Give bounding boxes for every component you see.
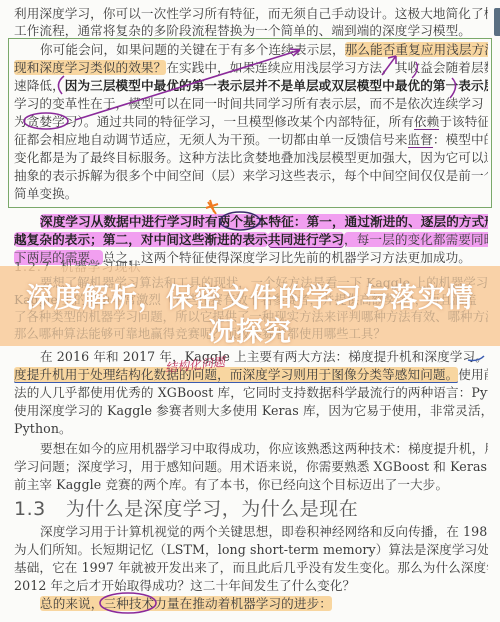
boxed-line-6: 征都会相应地自动调节适应，无须人为干预。一切都由单一反馈信号来监督：模型中的每一…	[14, 131, 488, 148]
highlight-orange-underlined: 度提升机用于处理结构化数据的问题，而深度学习则用于图像分类等感知问题。	[14, 367, 458, 383]
boxed-line-1: 你可能会问，如果问题的关键在于有多个连续表示层，那么能否重复应用浅层方法，以实	[14, 41, 488, 58]
boxed-line-7: 变化都是为了最终目标服务。这种方法比贪婪地叠加浅层模型更加强大，因为它可以通过将…	[14, 149, 488, 166]
kaggle-line-4: 使用深度学习的 Kaggle 参赛者则大多使用 Keras 库，因为它易于使用，…	[14, 402, 488, 419]
document-page: 利用深度学习，你可以一次性学习所有特征，而无须自己手动设计。这极大地简化了机器学…	[0, 0, 500, 622]
success-line-2: 学习问题；深度学习，用于感知问题。用术语来说，你需要熟悉 XGBoost 和 K…	[14, 458, 488, 475]
side-tab	[494, 8, 500, 36]
kaggle-line-3: 法的人几乎都使用优秀的 XGBoost 库，它同时支持数据科学最流行的两种语言：…	[14, 384, 488, 401]
pink-line-1: 深度学习从数据中进行学习时有两个基本特征：第一，通过渐进的、逐层的方式形成越来	[14, 213, 488, 230]
why-now-line-4: 2012 年之后才开始取得成功？这二十年间发生了什么变化？	[14, 577, 488, 594]
highlight-pink: 越复杂的表示；第二，对中间这些渐进的表示	[14, 232, 268, 247]
success-line-3: 前主宰 Kaggle 竞赛的两个库。有了本书，你已经向这个目标迈出了一大步。	[14, 476, 488, 493]
kaggle-line-1: 在 2016 年和 2017 年，Kaggle 上主要有两大方法：梯度提升机和深…	[14, 348, 488, 365]
intro-line-1: 利用深度学习，你可以一次性学习所有特征，而无须自己手动设计。这极大地简化了机器学…	[14, 5, 488, 22]
boxed-line-8: 抽象的表示拆解为很多个中间空间（层）来学习这些表示，每个中间空间仅仅是前一个空间…	[14, 167, 488, 184]
highlight-pink: 深度学习从数据中进行学习时有两个基本特征：第一，通过渐进的、逐层的方式形成越来	[40, 214, 488, 229]
kaggle-line-5: Python。	[14, 420, 488, 437]
banner-title-line-2: 况探究	[0, 310, 500, 349]
underlined-term: 监督	[408, 132, 433, 148]
why-now-line-5: 总的来说，三种技术力量在推动着机器学习的进步：	[14, 595, 488, 612]
underlined-term: 依赖	[414, 114, 439, 130]
highlight-pink: ，每一层的变化都需要同时考虑上	[344, 232, 488, 247]
success-line-1: 要想在如今的应用机器学习中取得成功，你应该熟悉这两种技术：梯度提升机，用于浅层	[14, 440, 488, 457]
highlight-pink-underlined: 共同进行学习	[268, 232, 344, 248]
bold-sentence: 因为三层模型中最优的第一表示层并不是单层或双层模型中最优的第一表示层。	[65, 78, 488, 93]
highlight-orange: 那么能否重复应用浅层方法，以实	[345, 42, 488, 57]
pink-line-2: 越复杂的表示；第二，对中间这些渐进的表示共同进行学习，每一层的变化都需要同时考虑…	[14, 231, 488, 248]
circled-term: 贪婪学习	[27, 114, 78, 129]
boxed-line-4: 学习的变革性在于，模型可以在同一时间共同学习所有表示层，而不是依次连续学习（这被…	[14, 95, 488, 112]
why-now-line-2: 为人们所知。长短期记忆（LSTM，long short-term memory）…	[14, 541, 488, 558]
intro-line-2: 工作流程，通常将复杂的多阶段流程替换为一个简单的、端到端的深度学习模型。	[14, 22, 488, 39]
why-now-line-1: 深度学习用于计算机视觉的两个关键思想，即卷积神经网络和反向传播，在 1989 年…	[14, 523, 488, 540]
boxed-line-3: 速降低，因为三层模型中最优的第一表示层并不是单层或双层模型中最优的第一表示层。深…	[14, 77, 488, 94]
boxed-line-9: 简单变换。	[14, 185, 488, 202]
kaggle-line-2: 度提升机用于处理结构化数据的问题，而深度学习则用于图像分类等感知问题。使用前一种…	[14, 366, 488, 383]
boxed-line-5: 为贪婪学习）。通过共同的特征学习，一旦模型修改某个内部特征，所有依赖于该特征的其…	[14, 113, 488, 130]
section-heading-1-3: 1.3为什么是深度学习，为什么是现在	[14, 494, 358, 521]
boxed-line-2: 现和深度学习类似的效果？在实践中，如果连续应用浅层学习方法，其收益会随着层数增加…	[14, 59, 488, 76]
why-now-line-3: 基础，它在 1997 年就被开发出来了，而且此后几乎没有发生变化。那么为什么深度…	[14, 559, 488, 576]
highlight-orange: 现和深度学习类似的效果？	[14, 60, 166, 75]
highlight-orange: 总的来说，三种技术力量在推动着机器学习的进步：	[40, 596, 332, 611]
